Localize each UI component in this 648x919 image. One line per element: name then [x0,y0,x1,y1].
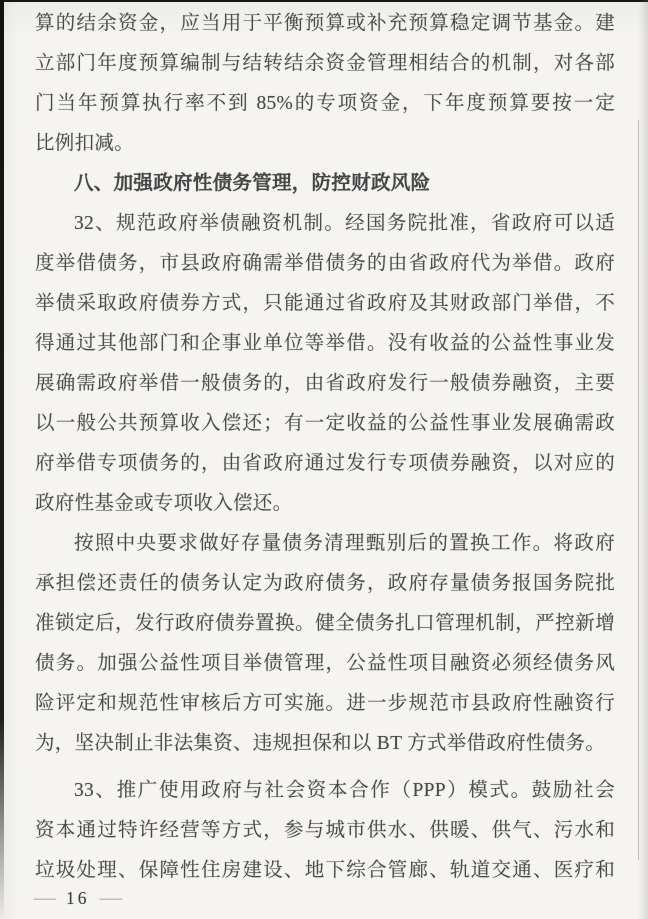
para-debt-swap-line-1: 按照中央要求做好存量债务清理甄别后的置换工作。将政府 [35,524,615,564]
para-32-line-5: 展确需政府举借一般债务的，由省政府发行一般债券融资，主要 [35,364,615,404]
para-32-line-1: 32、规范政府举债融资机制。经国务院批准，省政府可以适 [35,204,615,244]
para-debt-swap-line-3: 准锁定后，发行政府债券置换。健全债务扎口管理机制，严控新增 [35,604,615,644]
para-32-line-8: 政府性基金或专项收入偿还。 [35,484,615,524]
para-32-line-2: 度举借债务，市县政府确需举借债务的由省政府代为举借。政府 [35,244,615,284]
para-33-line-3: 垃圾处理、保障性住房建设、地下综合管廊、轨道交通、医疗和 [35,851,615,891]
page-right-edge-shade [638,0,648,919]
para-debt-swap-line-5: 险评定和规范性审核后方可实施。进一步规范市县政府性融资行 [35,684,615,724]
para-33-line-2: 资本通过特许经营等方式，参与城市供水、供暖、供气、污水和 [35,811,615,851]
para-debt-swap-line-2: 承担偿还责任的债务认定为政府债务，政府存量债务报国务院批 [35,564,615,604]
page-number: 16 [66,888,90,909]
document-body: 算的结余资金，应当用于平衡预算或补充预算稳定调节基金。建立部门年度预算编制与结转… [35,4,615,891]
para-33-line-1: 33、推广使用政府与社会资本合作（PPP）模式。鼓励社会 [35,771,615,811]
para-31-continuation-line-1: 算的结余资金，应当用于平衡预算或补充预算稳定调节基金。建 [35,4,615,44]
para-31-continuation-line-2: 立部门年度预算编制与结转结余资金管理相结合的机制，对各部 [35,44,615,84]
footer-right-dash: — [99,890,121,908]
para-debt-swap-line-4: 债务。加强公益性项目举债管理，公益性项目融资必须经债务风 [35,644,615,684]
para-32-line-3: 举债采取政府债券方式，只能通过省政府及其财政部门举借，不 [35,284,615,324]
heading-section-8-line-1: 八、加强政府性债务管理，防控财政风险 [35,164,615,204]
para-31-continuation-line-4: 比例扣减。 [35,124,615,164]
page-top-edge-shadow [0,0,648,2]
para-31-continuation-line-3: 门当年预算执行率不到 85%的专项资金，下年度预算要按一定 [35,84,615,124]
para-debt-swap-line-6: 为，坚决制止非法集资、违规担保和以 BT 方式举借政府性债务。 [35,724,615,764]
para-32-line-7: 府举借专项债务的，由省政府通过发行专项债券融资，以对应的 [35,444,615,484]
scanned-document-page: 算的结余资金，应当用于平衡预算或补充预算稳定调节基金。建立部门年度预算编制与结转… [0,0,648,919]
para-32-line-4: 得通过其他部门和企事业单位等举借。没有收益的公益性事业发 [35,324,615,364]
page-left-edge-shadow [0,0,4,919]
footer-left-dash: — [34,890,56,908]
page-right-scan-line [638,120,639,860]
para-32-line-6: 以一般公共预算收入偿还；有一定收益的公益性事业发展确需政 [35,404,615,444]
page-footer: — 16 — [37,888,119,909]
